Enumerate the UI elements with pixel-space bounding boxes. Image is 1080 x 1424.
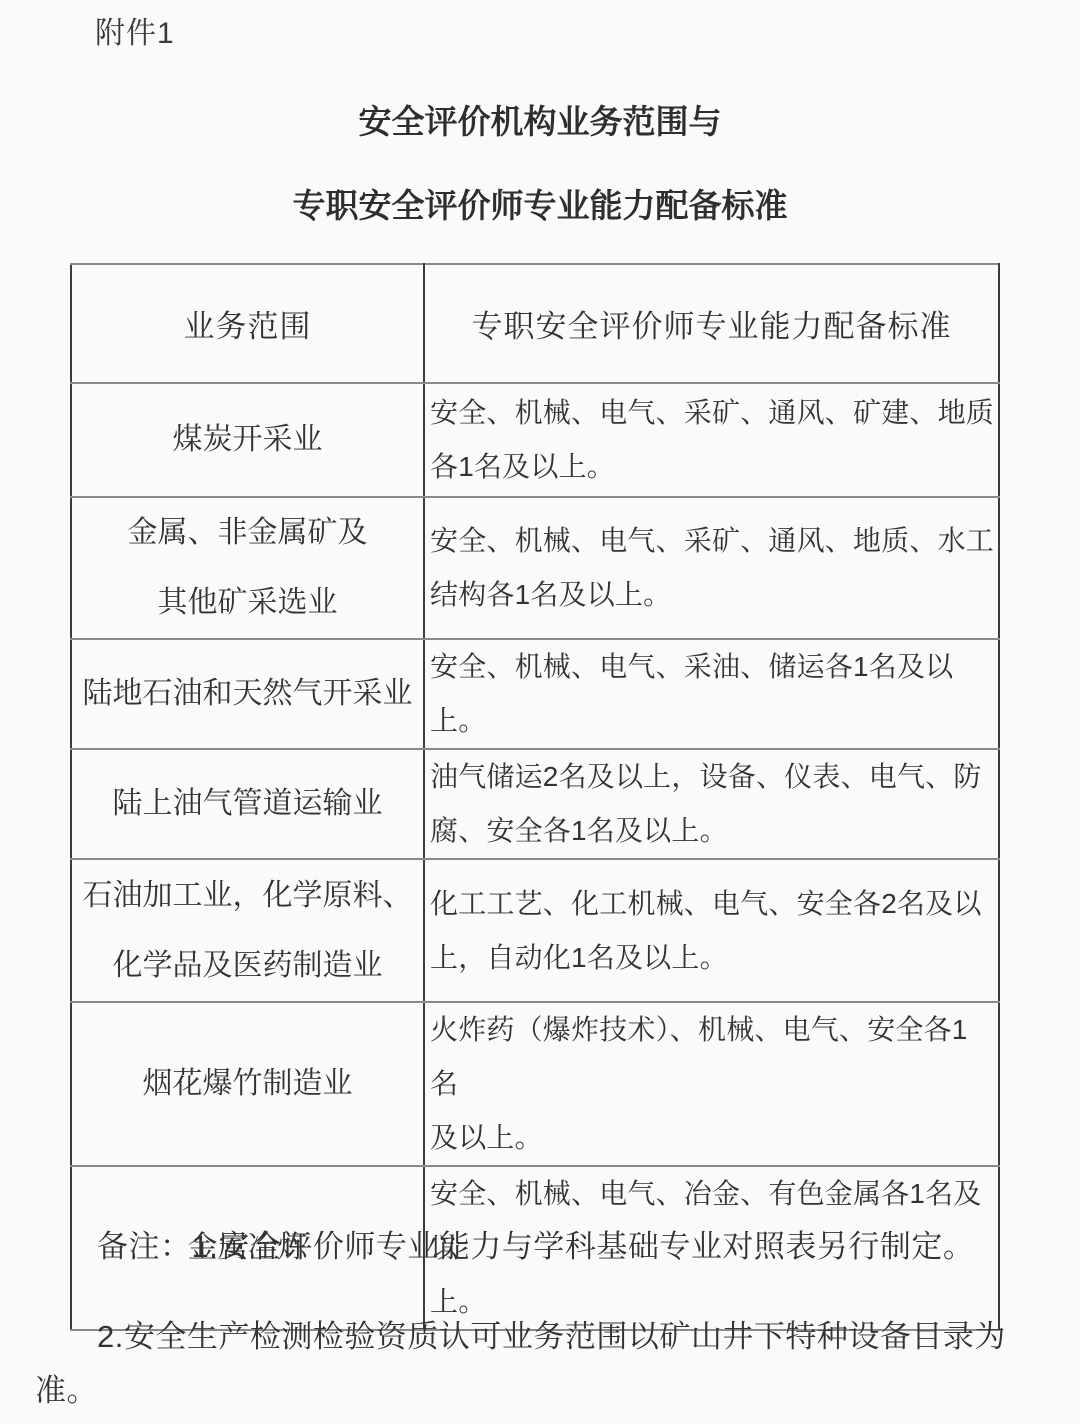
table-row-petroleum-chemical-pharma: 石油加工业，化学原料、 化学品及医药制造业 化工工艺、化工机械、电气、安全各2名… [71,859,999,1002]
document-page: 附件1 安全评价机构业务范围与 专职安全评价师专业能力配备标准 业务范围 专职安… [0,0,1080,1424]
table-row-metal-nonmetal-mining: 金属、非金属矿及 其他矿采选业 安全、机械、电气、采矿、通风、地质、水工 结构各… [71,497,999,639]
doc-title-line2: 专职安全评价师专业能力配备标准 [0,186,1080,226]
standard-cell: 油气储运2名及以上，设备、仪表、电气、防 腐、安全各1名及以上。 [424,749,999,859]
capability-standard-table: 业务范围 专职安全评价师专业能力配备标准 煤炭开采业 安全、机械、电气、采矿、通… [70,263,1000,1331]
standard-cell: 化工工艺、化工机械、电气、安全各2名及以 上，自动化1名及以上。 [424,859,999,1002]
standard-cell: 安全、机械、电气、采油、储运各1名及以上。 [424,639,999,749]
column-header-scope: 业务范围 [71,264,424,383]
standard-cell: 火炸药（爆炸技术）、机械、电气、安全各1名 及以上。 [424,1002,999,1166]
table-row-fireworks-manufacturing: 烟花爆竹制造业 火炸药（爆炸技术）、机械、电气、安全各1名 及以上。 [71,1002,999,1166]
doc-title-line1: 安全评价机构业务范围与 [0,102,1080,142]
standard-cell: 安全、机械、电气、采矿、通风、矿建、地质 各1名及以上。 [424,383,999,497]
scope-cell: 金属、非金属矿及 其他矿采选业 [71,497,424,639]
scope-cell: 陆地石油和天然气开采业 [71,639,424,749]
table-row-onshore-pipeline-transport: 陆上油气管道运输业 油气储运2名及以上，设备、仪表、电气、防 腐、安全各1名及以… [71,749,999,859]
scope-cell: 烟花爆竹制造业 [71,1002,424,1166]
scope-cell: 煤炭开采业 [71,383,424,497]
table-row-onshore-oil-gas-extraction: 陆地石油和天然气开采业 安全、机械、电气、采油、储运各1名及以上。 [71,639,999,749]
notes-block: 备注：1.安全评价师专业能力与学科基础专业对照表另行制定。 2.安全生产检测检验… [35,1220,1043,1418]
scope-cell: 陆上油气管道运输业 [71,749,424,859]
note-2: 2.安全生产检测检验资质认可业务范围以矿山井下特种设备目录为 准。 [35,1310,1043,1418]
attachment-label: 附件1 [95,8,175,52]
standard-cell: 安全、机械、电气、采矿、通风、地质、水工 结构各1名及以上。 [424,497,999,639]
table-row-coal-mining: 煤炭开采业 安全、机械、电气、采矿、通风、矿建、地质 各1名及以上。 [71,383,999,497]
scope-cell: 石油加工业，化学原料、 化学品及医药制造业 [71,859,424,1002]
table-header-row: 业务范围 专职安全评价师专业能力配备标准 [71,264,999,383]
note-1: 备注：1.安全评价师专业能力与学科基础专业对照表另行制定。 [35,1220,1043,1274]
column-header-standard: 专职安全评价师专业能力配备标准 [424,264,999,383]
